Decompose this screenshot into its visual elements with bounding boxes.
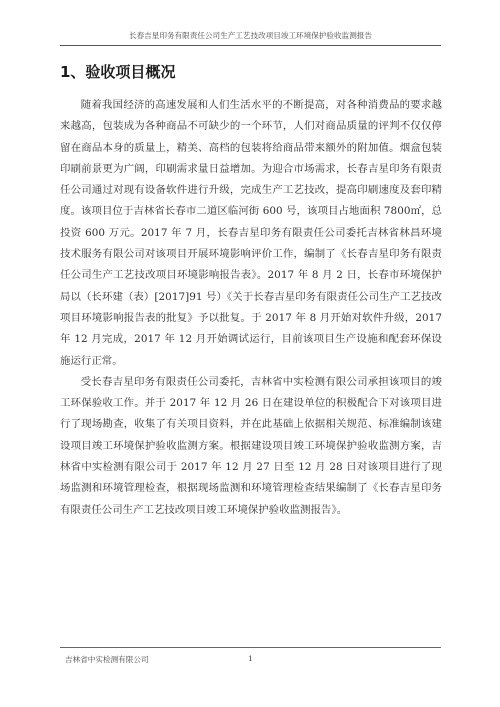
page-header: 长春吉星印务有限责任公司生产工艺技改项目竣工环境保护验收监测报告: [60, 30, 441, 46]
footer-company: 吉林省中实检测有限公司: [65, 654, 149, 665]
page-number: 1: [248, 654, 253, 663]
section-body: 随着我国经济的高速发展和人们生活水平的不断提高，对各种消费品的要求越来越高，包装…: [60, 95, 442, 521]
report-title: 长春吉星印务有限责任公司生产工艺技改项目竣工环境保护验收监测报告: [129, 31, 372, 40]
paragraph-acceptance-work: 受长春吉星印务有限责任公司委托，吉林省中实检测有限公司承担该项目的竣工环保验收工…: [60, 372, 442, 521]
page-footer: 吉林省中实检测有限公司 1: [60, 647, 441, 668]
paragraph-project-background: 随着我国经济的高速发展和人们生活水平的不断提高，对各种消费品的要求越来越高，包装…: [60, 95, 442, 372]
section-heading: 1、验收项目概况: [60, 62, 175, 82]
